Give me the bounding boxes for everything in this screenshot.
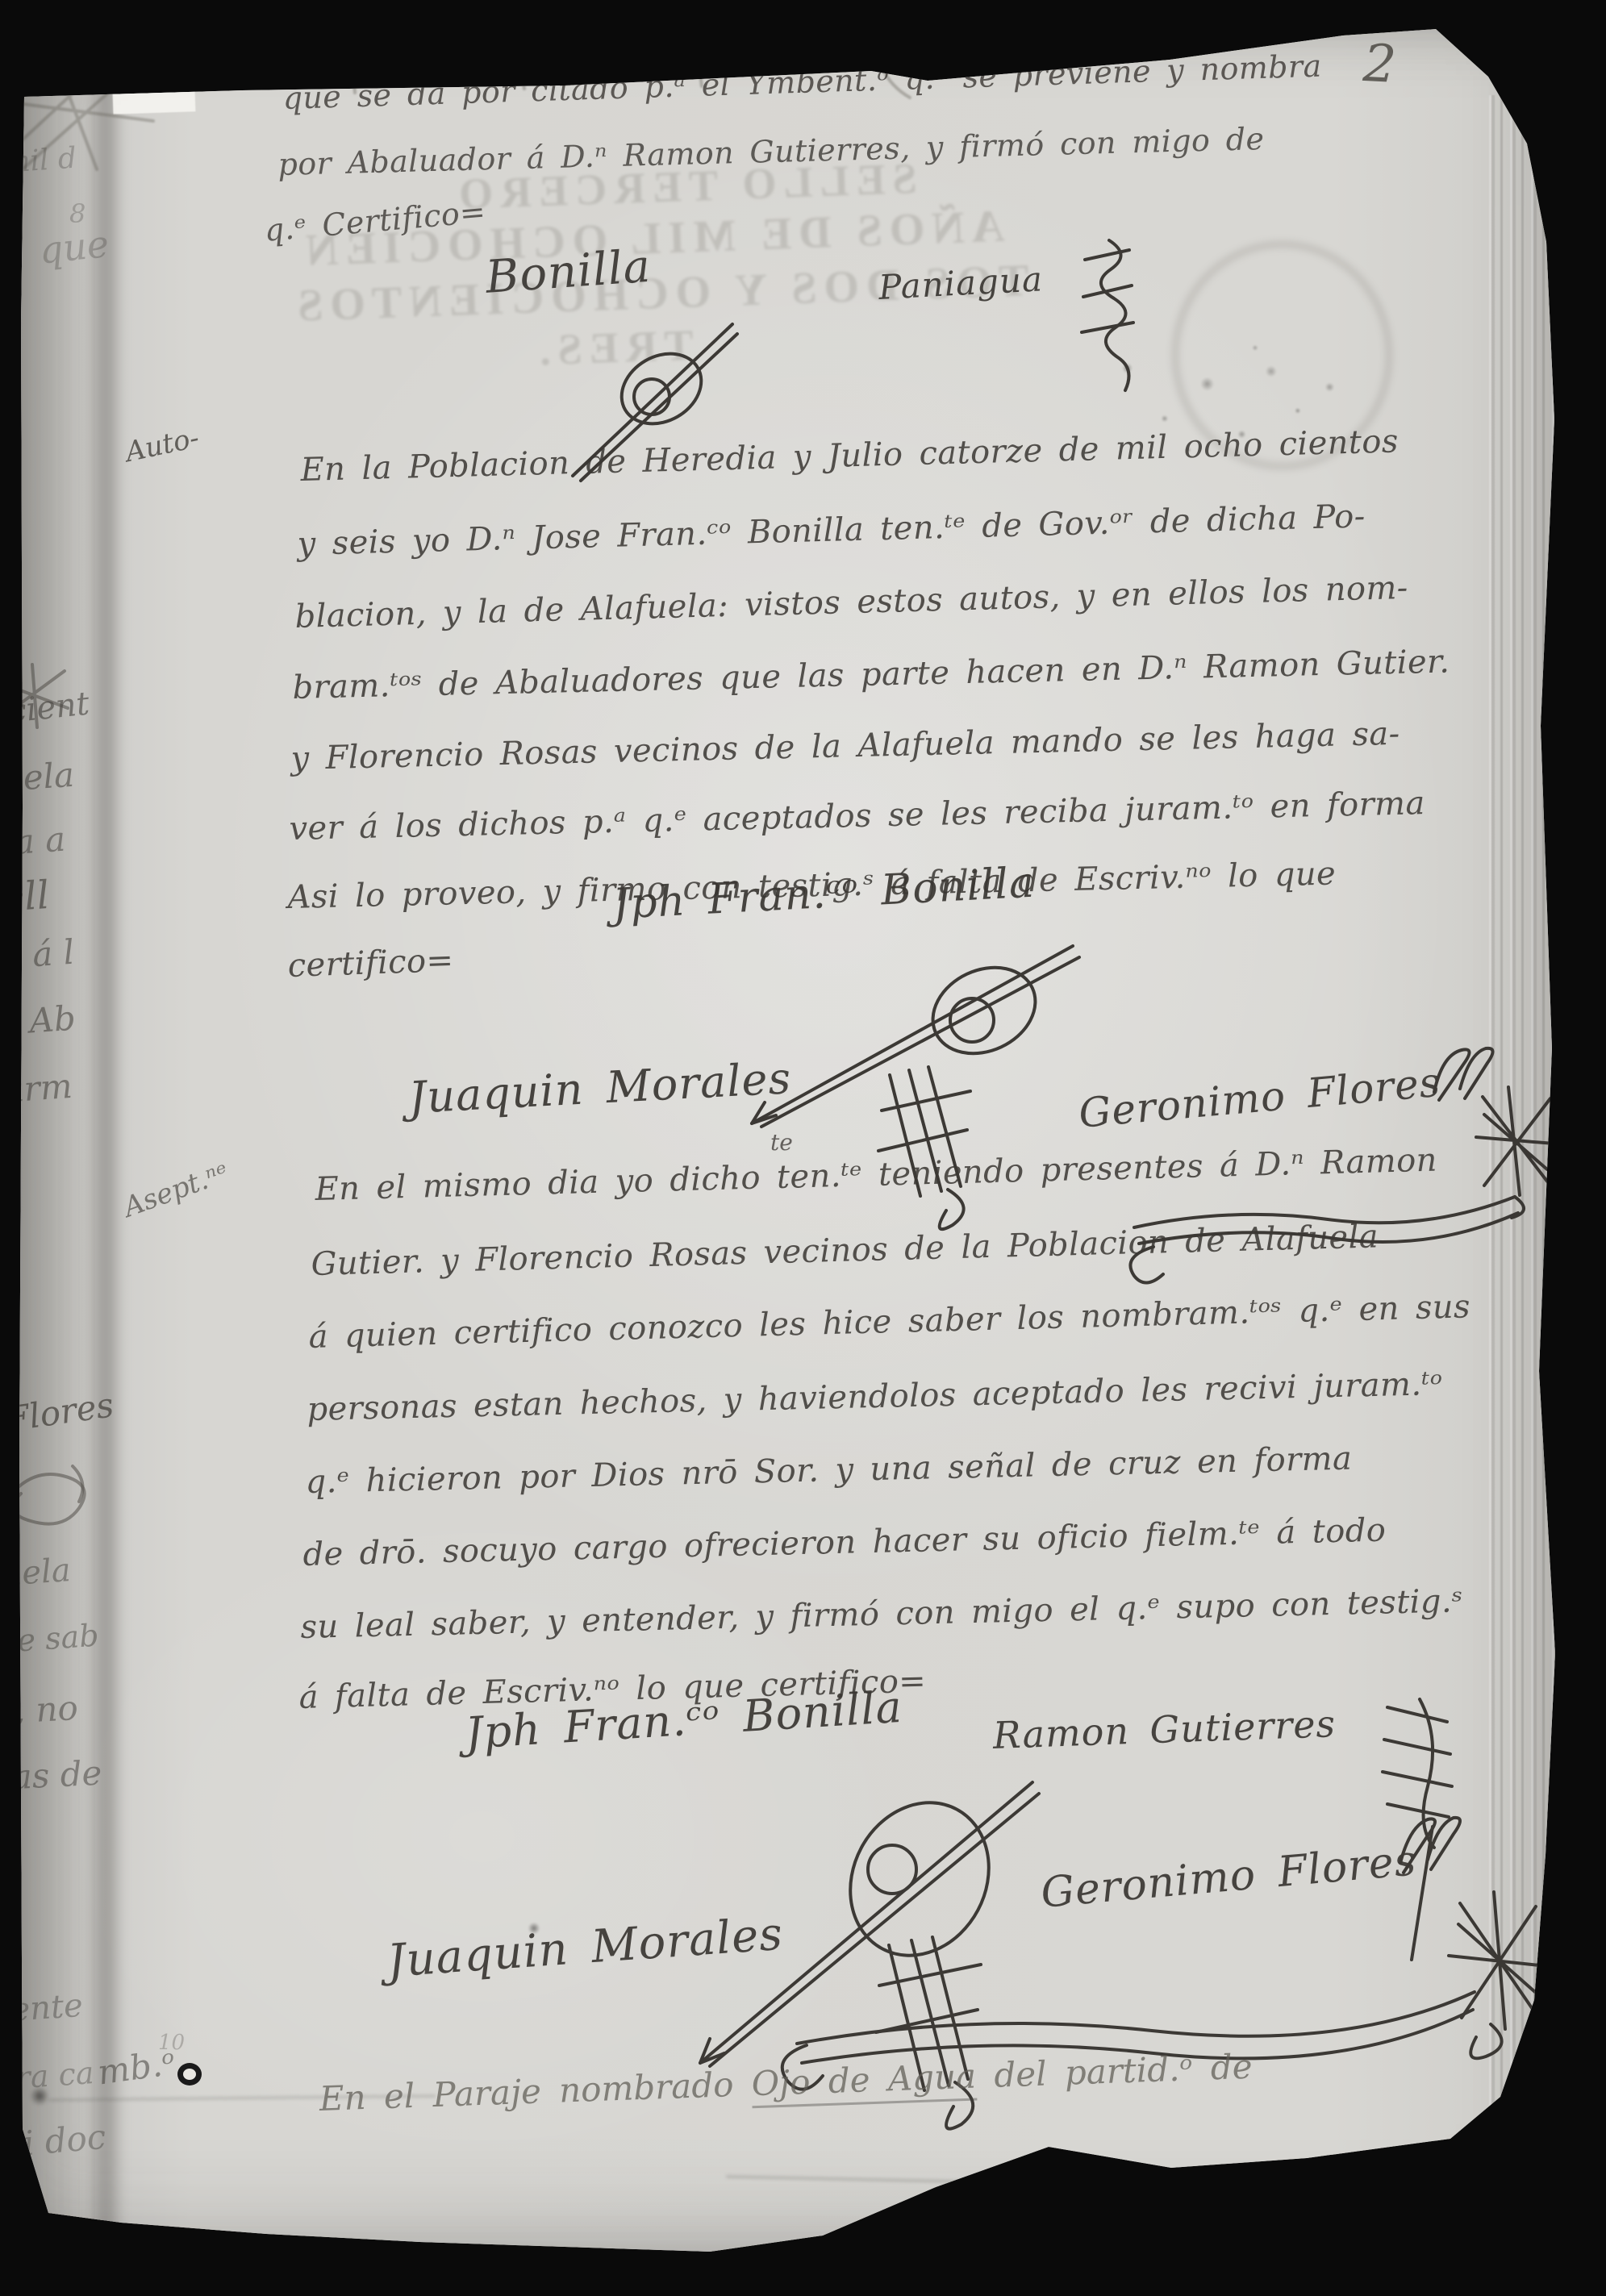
edge-text-fragment: uela	[0, 1552, 72, 1594]
signature-gutierres: Ramon Gutierres	[992, 1702, 1337, 1757]
edge-text-fragment: ell	[0, 873, 51, 921]
manuscript-line: y Florencio Rosas vecinos de la Alafuela…	[290, 715, 1400, 777]
manuscript-line: q.ᵉ hicieron por Dios nrō Sor. y una señ…	[305, 1440, 1353, 1501]
rubric-flourish-flores	[710, 1815, 1565, 2089]
binding-fold-shadow	[86, 85, 124, 2231]
edge-text-fragment: rra ca	[0, 2055, 95, 2097]
rubric-flourish-paniagua	[1061, 234, 1137, 395]
signature-morales: Juaquin Morales	[407, 1052, 793, 1123]
closing-line-place-underlined: Ojo de Agua	[751, 2056, 977, 2109]
manuscript-line: personas estan hechos, y haviendolos ace…	[307, 1365, 1443, 1428]
interline-insert: te	[770, 1129, 793, 1156]
edge-text-fragment: 10	[158, 2031, 185, 2055]
paper-crease	[726, 2175, 1387, 2191]
edge-text-fragment: uela	[0, 755, 76, 799]
manuscript-line: y seis yo D.ⁿ Jose Fran.ᶜᵒ Bonilla ten.ᵗ…	[297, 498, 1366, 563]
edge-text-fragment: firm	[0, 1066, 73, 1110]
manuscript-line: blacion, y la de Alafuela: vistos estos …	[294, 569, 1408, 635]
margin-note-acceptance: Asept.ⁿᵉ	[119, 1156, 233, 1224]
paper-sheet: SELLO TERCERO AÑOS DE MIL OCHOCIEN TOS D…	[0, 0, 1606, 2296]
manuscript-line: que se dá por citado p.ᵃ el Ymbent.ᵒ q.ᵉ…	[282, 48, 1322, 116]
gutter-adjacent-page-edge	[19, 85, 95, 2231]
edge-text-fragment: o á l	[0, 932, 76, 977]
edge-text-fragment: ), no	[0, 1688, 79, 1731]
manuscript-line: de drō. socuyo cargo ofrecieron hacer su…	[302, 1512, 1387, 1573]
edge-text-fragment: mil d	[2, 142, 77, 180]
manuscript-line: certifico=	[287, 942, 454, 985]
edge-text-fragment: s Ab	[0, 998, 77, 1043]
margin-note-auto: Auto-	[123, 422, 202, 469]
folio-number: 2	[1362, 34, 1398, 95]
manuscript-line: á quien certifico conozco les hice saber…	[308, 1288, 1470, 1356]
ink-blot	[528, 1923, 540, 1934]
edge-text-fragment: ze sab	[0, 1618, 100, 1660]
edge-text-fragment: ente	[10, 1987, 84, 2029]
paper-hole	[177, 2063, 202, 2086]
scanned-manuscript-page: SELLO TERCERO AÑOS DE MIL OCHOCIEN TOS D…	[0, 0, 1606, 2296]
closing-line-pre: En el Paraje nombrado	[319, 2065, 734, 2119]
manuscript-line: ver á los dichos p.ᵃ q.ᵉ aceptados se le…	[289, 785, 1425, 848]
edge-text-fragment: que	[37, 222, 111, 273]
edge-text-fragment: a a	[13, 819, 67, 862]
signature-bonilla-full: Jph Fran.ᶜᵒ Bonilla	[611, 859, 1036, 929]
edge-text-fragment: las de	[0, 1752, 103, 1797]
edge-rubric-smudge	[0, 1452, 105, 1540]
manuscript-line: bram.ᵗᵒˢ de Abaluadores que las parte ha…	[292, 643, 1450, 706]
manuscript-line: su leal saber, y entender, y firmó con m…	[300, 1582, 1463, 1646]
